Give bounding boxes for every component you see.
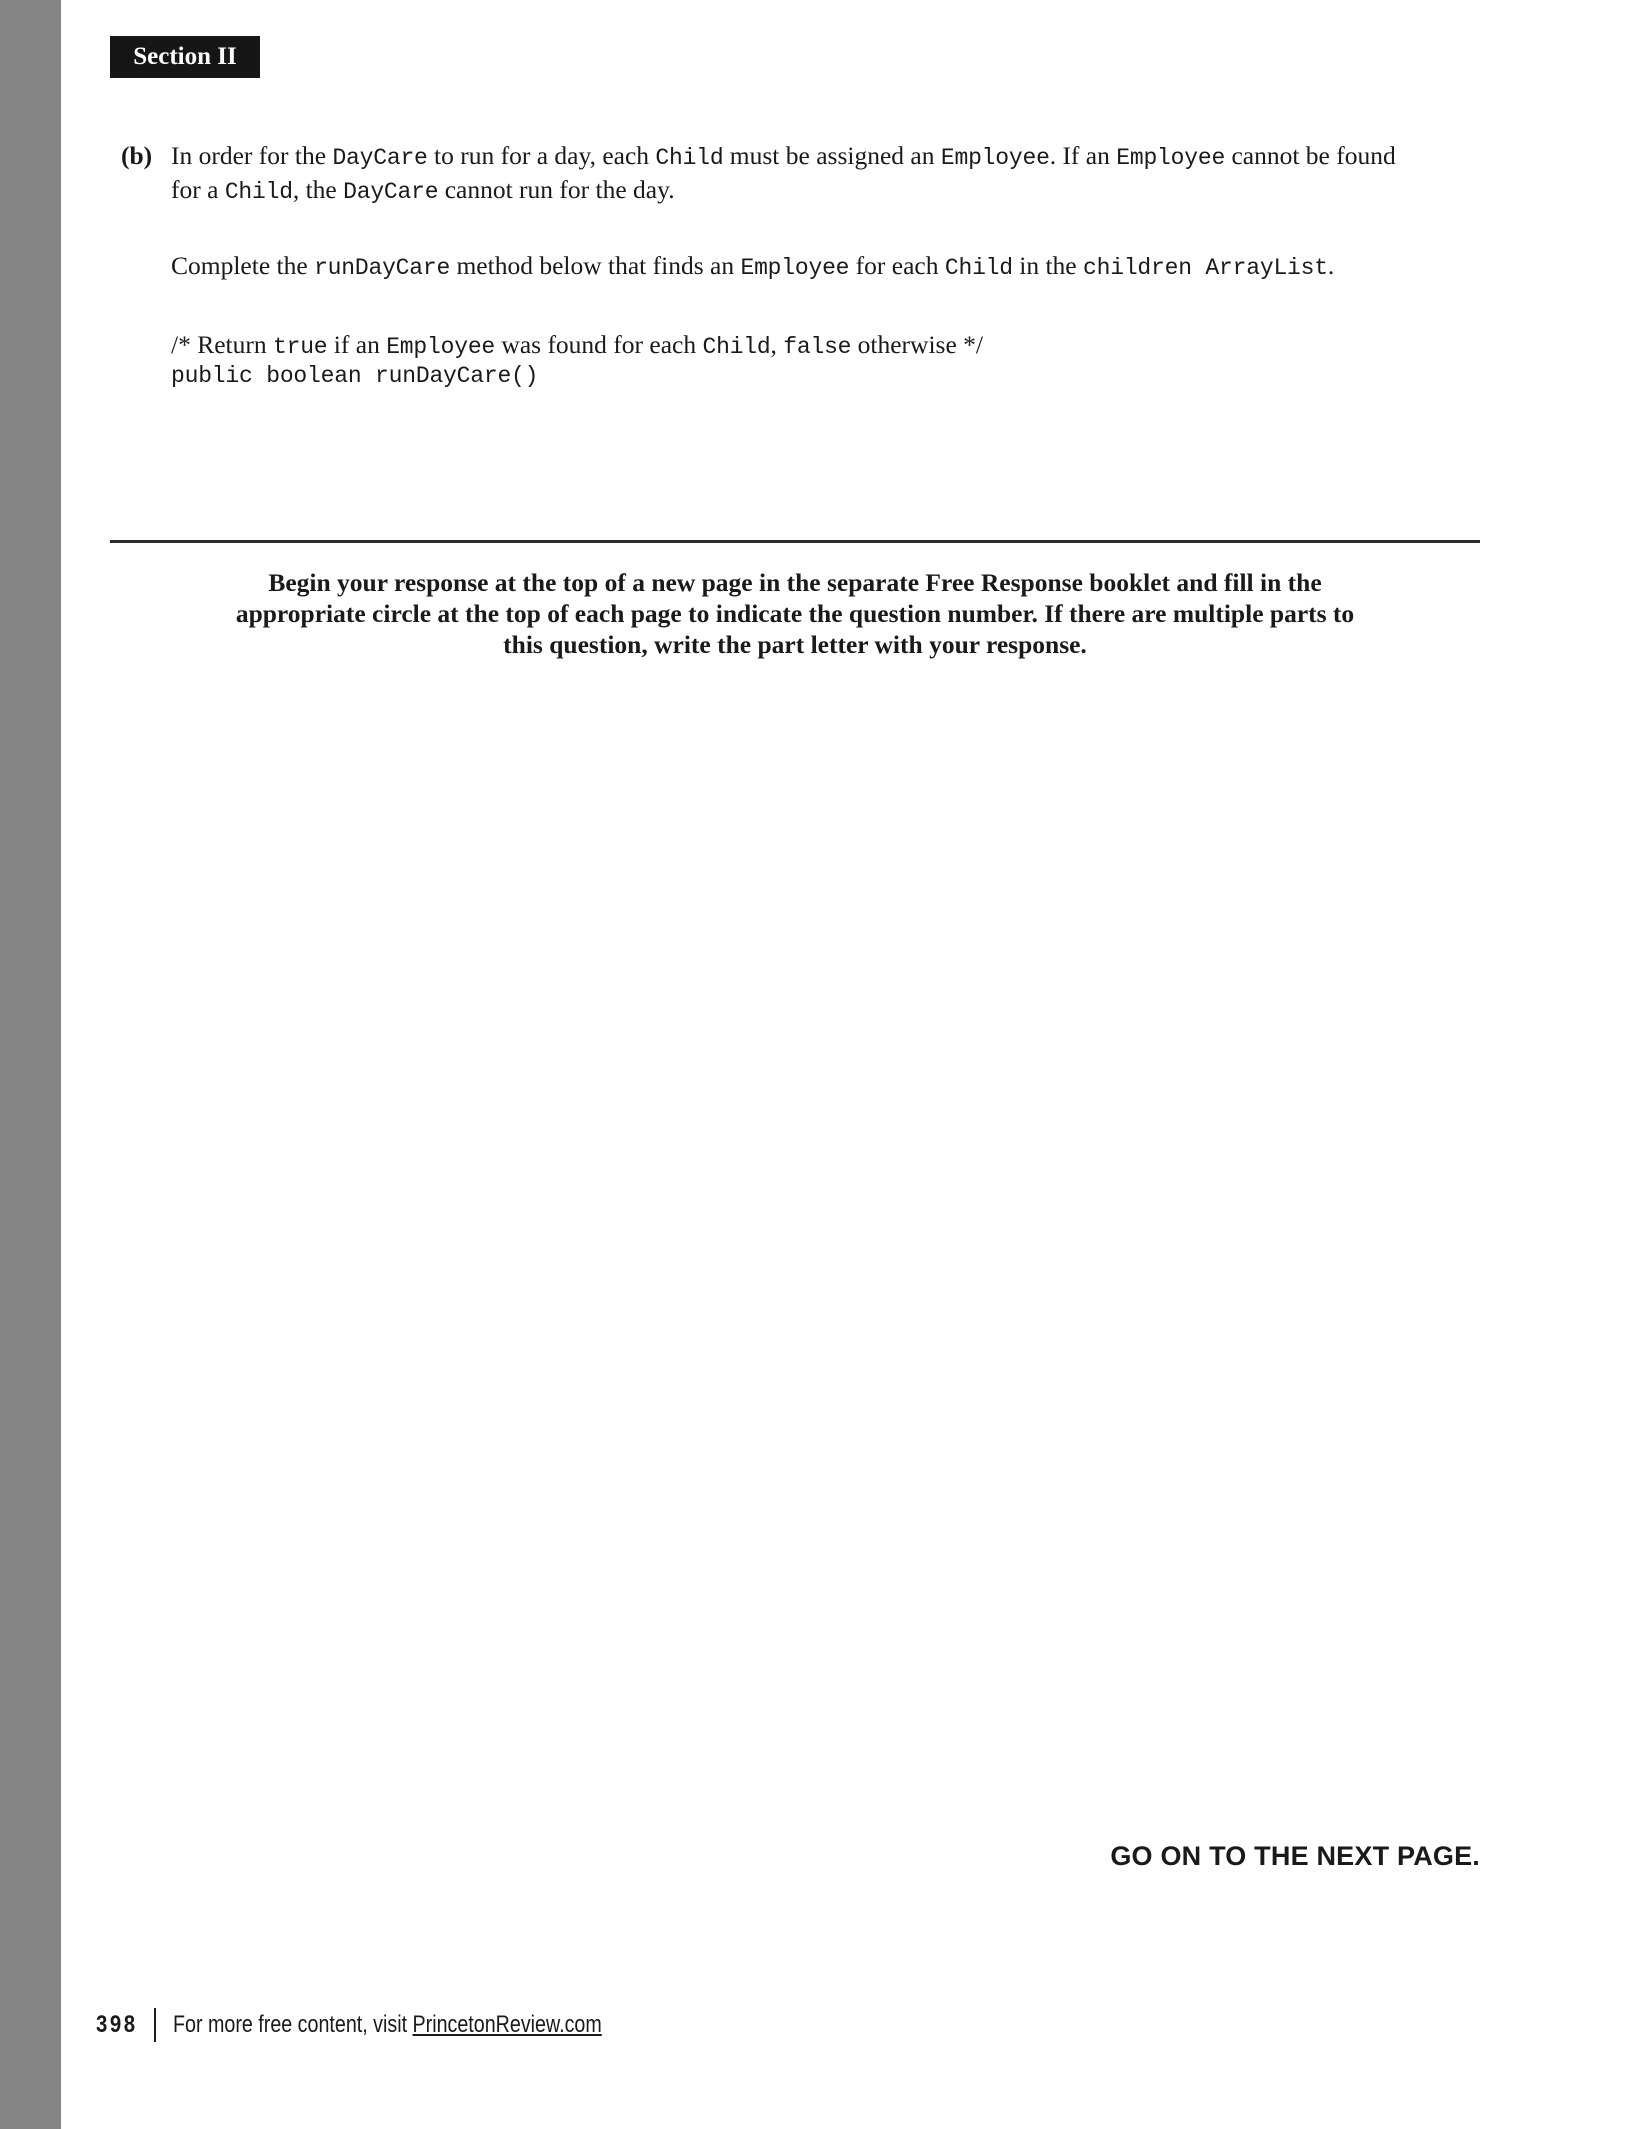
text-run: In order for the (171, 141, 332, 170)
code-term: Employee (740, 255, 849, 281)
horizontal-rule (110, 540, 1480, 543)
go-on-notice: GO ON TO THE NEXT PAGE. (1110, 1841, 1480, 1872)
response-instructions: Begin your response at the top of a new … (110, 567, 1480, 660)
text-run: in the (1013, 251, 1083, 280)
text-run: , (771, 330, 784, 359)
princeton-review-link[interactable]: PrincetonReview.com (413, 2011, 602, 2038)
section-label: Section II (110, 36, 260, 78)
text-run: . (1328, 251, 1334, 280)
text-run: must be assigned an (723, 141, 940, 170)
code-term: false (783, 334, 851, 360)
text-run: for a (171, 175, 225, 204)
code-term: Child (655, 145, 723, 171)
method-comment: /* Return true if an Employee was found … (171, 329, 983, 363)
text-run: if an (327, 330, 386, 359)
page-edge-bar (0, 0, 61, 2129)
text-run: for each (849, 251, 945, 280)
instruction-line: Begin your response at the top of a new … (110, 567, 1480, 598)
code-term: DayCare (343, 179, 438, 205)
text-run: . If an (1050, 141, 1117, 170)
text-run: otherwise */ (851, 330, 983, 359)
footer-text: For more free content, visit PrincetonRe… (173, 2011, 602, 2039)
footer-divider (154, 2008, 156, 2042)
footer-promo: For more free content, visit (173, 2011, 413, 2038)
code-term: runDayCare (314, 255, 450, 281)
instruction-line: this question, write the part letter wit… (110, 629, 1480, 660)
code-term: Child (703, 334, 771, 360)
text-run: method below that finds an (450, 251, 740, 280)
code-term: Child (225, 179, 293, 205)
code-term: Employee (941, 145, 1050, 171)
code-term: Employee (386, 334, 495, 360)
question-paragraph: In order for the DayCare to run for a da… (171, 140, 1396, 208)
code-term: Child (945, 255, 1013, 281)
text-run: , the (293, 175, 343, 204)
text-run: was found for each (495, 330, 702, 359)
text-run: cannot be found (1225, 141, 1396, 170)
page-number: 398 (96, 2011, 137, 2039)
text-run: to run for a day, each (428, 141, 656, 170)
task-paragraph: Complete the runDayCare method below tha… (171, 250, 1334, 284)
text-run: /* Return (171, 330, 273, 359)
code-term: Employee (1116, 145, 1225, 171)
text-run: cannot run for the day. (438, 175, 674, 204)
code-term: children ArrayList (1083, 255, 1328, 281)
page-footer: 398 For more free content, visit Princet… (96, 2008, 696, 2042)
instruction-line: appropriate circle at the top of each pa… (110, 598, 1480, 629)
part-label: (b) (121, 140, 152, 171)
text-run: Complete the (171, 251, 314, 280)
code-term: true (273, 334, 327, 360)
code-term: DayCare (332, 145, 427, 171)
method-signature: public boolean runDayCare() (171, 361, 538, 392)
